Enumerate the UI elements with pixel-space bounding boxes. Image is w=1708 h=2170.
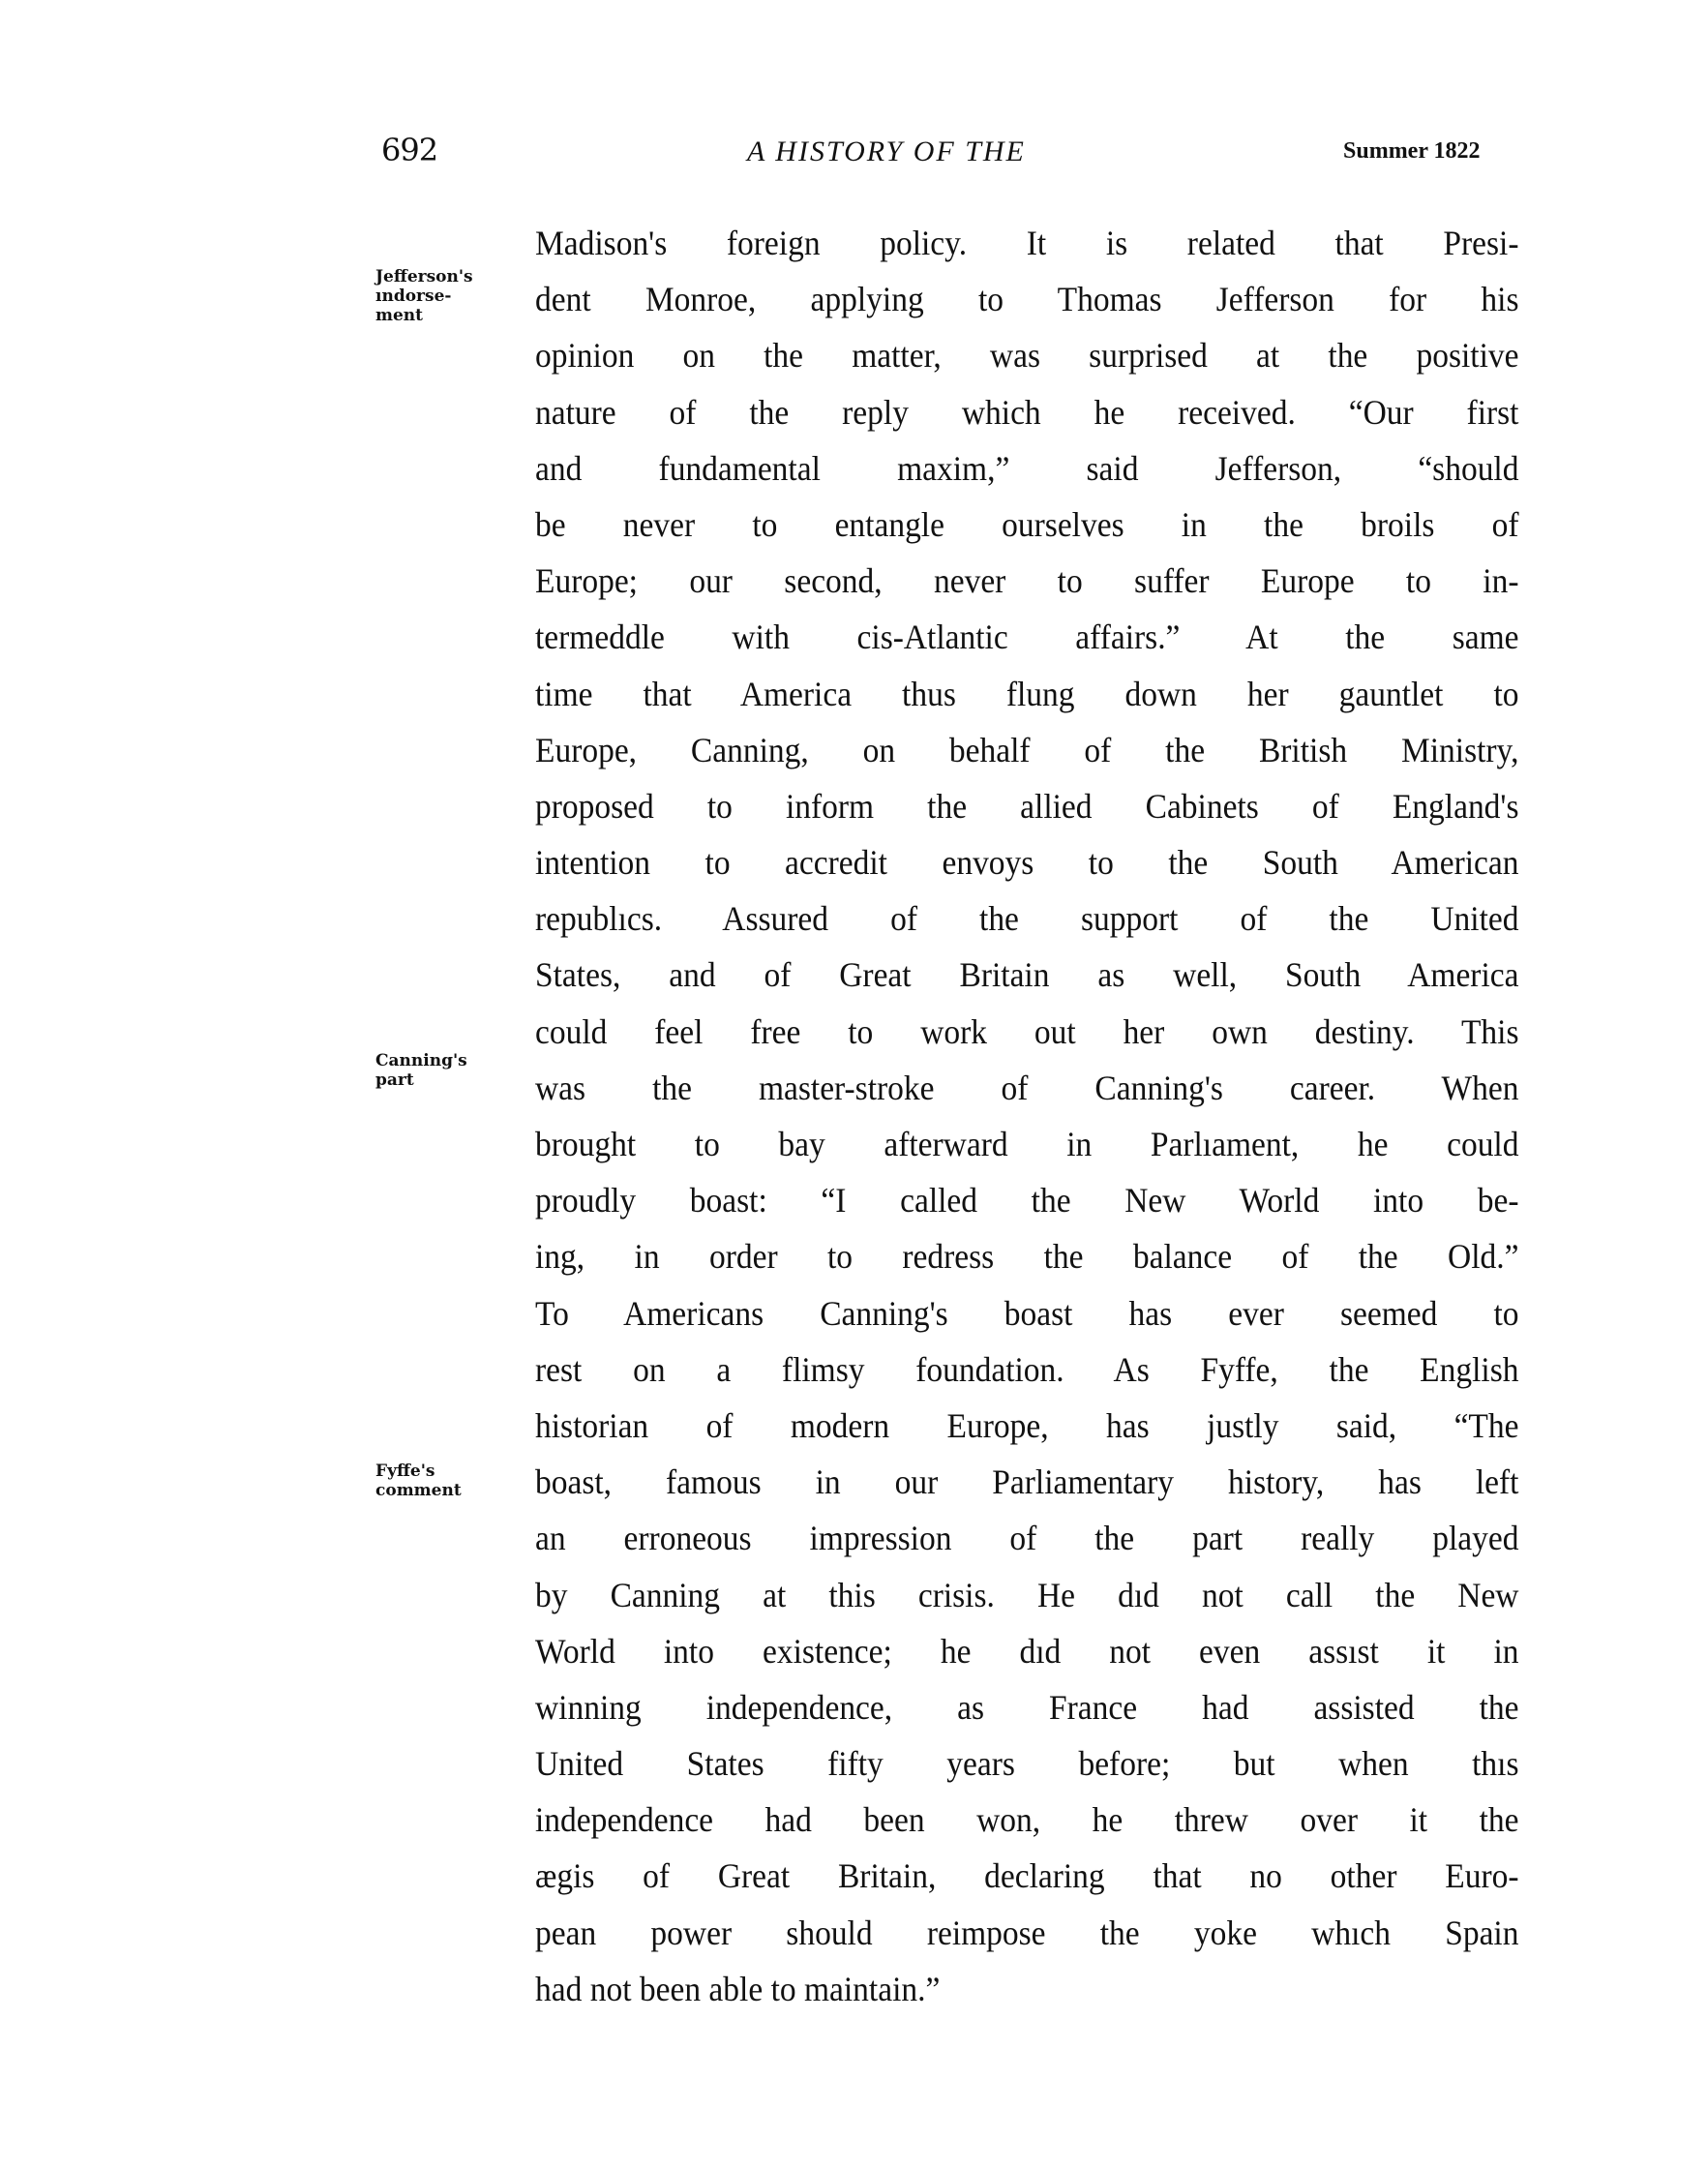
text-line: ægis of Great Britain, declaring that no… bbox=[535, 1848, 1518, 1904]
text-line: time that America thus flung down her ga… bbox=[535, 666, 1518, 722]
text-line: dent Monroe, applying to Thomas Jefferso… bbox=[535, 271, 1518, 327]
text-line: be never to entangle ourselves in the br… bbox=[535, 497, 1518, 553]
sidenote-line: Canning's bbox=[375, 1051, 530, 1070]
sidenote-fyffes-comment: Fyffe's comment bbox=[375, 1462, 530, 1500]
text-line: rest on a flimsy foundation. As Fyffe, t… bbox=[535, 1341, 1518, 1398]
text-line: intention to accredit envoys to the Sout… bbox=[535, 834, 1518, 890]
text-line: historian of modern Europe, has justly s… bbox=[535, 1398, 1518, 1454]
text-line: opinion on the matter, was surprised at … bbox=[535, 327, 1518, 383]
text-line: United States fifty years before; but wh… bbox=[535, 1735, 1518, 1792]
text-line: winning independence, as France had assi… bbox=[535, 1679, 1518, 1735]
body-text: Madison's foreign policy. It is related … bbox=[535, 215, 1519, 2017]
text-line: and fundamental maxim,” said Jefferson, … bbox=[535, 440, 1518, 497]
running-title: A HISTORY OF THE bbox=[747, 136, 1026, 168]
text-line: republıcs. Assured of the support of the… bbox=[535, 890, 1518, 947]
text-line: ing, in order to redress the balance of … bbox=[535, 1228, 1518, 1284]
sidenote-line: Fyffe's bbox=[375, 1462, 530, 1481]
text-line: boast, famous in our Parliamentary histo… bbox=[535, 1454, 1518, 1510]
text-line: Europe, Canning, on behalf of the Britis… bbox=[535, 722, 1518, 778]
text-line: was the master-stroke of Canning's caree… bbox=[535, 1060, 1518, 1116]
text-line: proposed to inform the allied Cabinets o… bbox=[535, 778, 1518, 834]
text-line: had not been able to maintain.” bbox=[535, 1961, 1518, 2017]
text-line: termeddle with cis-Atlantic affairs.” At… bbox=[535, 609, 1518, 665]
text-line: pean power should reimpose the yoke whıc… bbox=[535, 1905, 1518, 1961]
text-line: by Canning at this crisis. He dıd not ca… bbox=[535, 1567, 1518, 1623]
running-date: Summer 1822 bbox=[1343, 138, 1481, 165]
text-line: brought to bay afterward in Parlıament, … bbox=[535, 1116, 1518, 1172]
text-line: States, and of Great Britain as well, So… bbox=[535, 947, 1518, 1003]
text-line: proudly boast: “I called the New World i… bbox=[535, 1172, 1518, 1228]
text-line: Europe; our second, never to suffer Euro… bbox=[535, 553, 1518, 609]
text-line: nature of the reply which he received. “… bbox=[535, 384, 1518, 440]
text-line: independence had been won, he threw over… bbox=[535, 1792, 1518, 1848]
text-line: an erroneous impression of the part real… bbox=[535, 1510, 1518, 1566]
text-line: To Americans Canning's boast has ever se… bbox=[535, 1285, 1518, 1341]
sidenote-line: ment bbox=[375, 306, 530, 325]
sidenote-line: part bbox=[375, 1070, 530, 1090]
text-line: World into existence; he dıd not even as… bbox=[535, 1623, 1518, 1679]
sidenote-line: comment bbox=[375, 1481, 530, 1500]
text-line: could feel free to work out her own dest… bbox=[535, 1004, 1518, 1060]
sidenote-line: ındorse- bbox=[375, 286, 530, 306]
sidenote-jeffersons-indorsement: Jefferson's ındorse- ment bbox=[375, 267, 530, 325]
text-line: Madison's foreign policy. It is related … bbox=[535, 215, 1518, 271]
sidenote-line: Jefferson's bbox=[375, 267, 530, 286]
book-page: 692 A HISTORY OF THE Summer 1822 Jeffers… bbox=[0, 0, 1708, 2170]
page-number: 692 bbox=[381, 132, 437, 168]
sidenote-cannings-part: Canning's part bbox=[375, 1051, 530, 1090]
